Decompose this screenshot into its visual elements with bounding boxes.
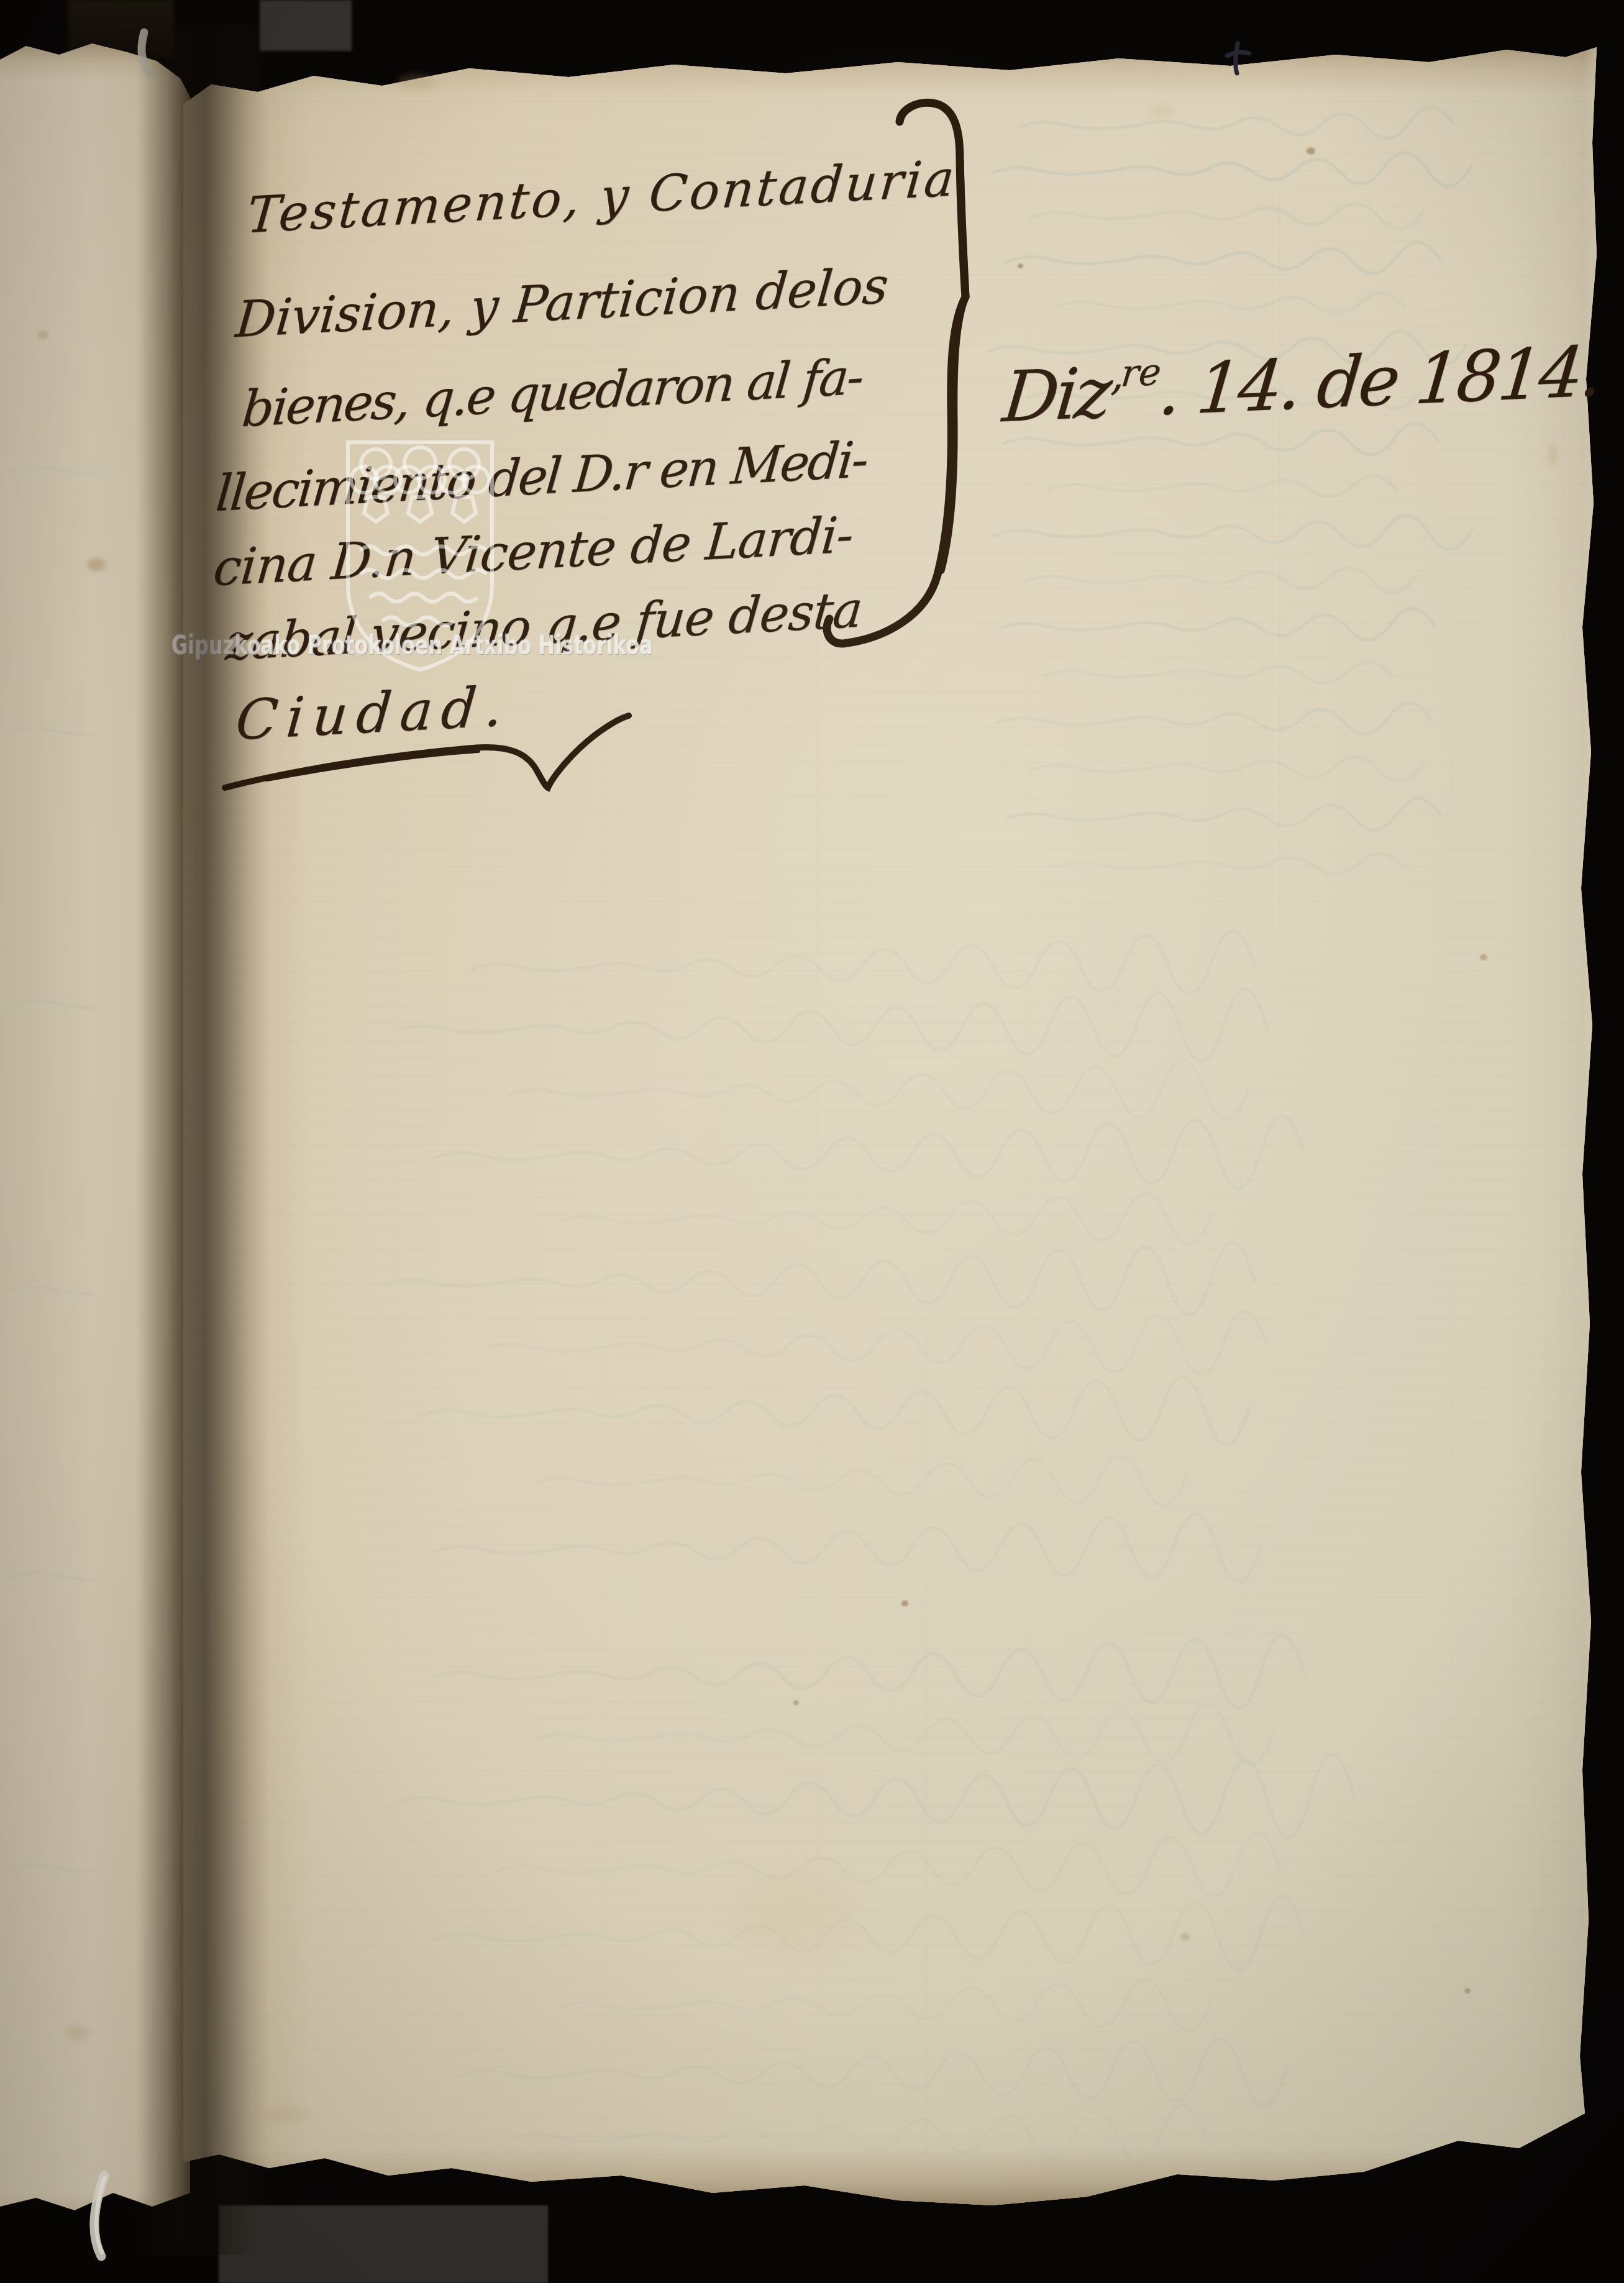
book-gutter-shadow	[135, 25, 269, 2255]
ghost-text-line	[1003, 424, 1438, 455]
ghost-text-line	[1000, 609, 1435, 640]
paper-stain	[37, 330, 48, 339]
ghost-text-line	[1006, 799, 1441, 830]
paper-stain	[261, 2106, 311, 2125]
title-line-3: bienes, q.e quedaron al fa-	[240, 347, 865, 438]
ghost-text-line	[559, 1980, 1211, 2031]
ghost-text-line	[509, 2105, 1205, 2162]
ghost-text-line	[5, 1287, 92, 1293]
ghost-text-line	[993, 153, 1471, 186]
paper-stain	[179, 805, 208, 826]
ghost-text-line	[385, 1242, 1255, 1315]
underline-flourish	[225, 716, 629, 788]
ghost-text-line	[398, 989, 1267, 1062]
title-line-7: Ciudad.	[233, 673, 514, 752]
paper-stain	[1464, 1988, 1471, 1994]
archive-watermark	[0, 0, 1624, 2283]
ghost-text-line	[534, 1705, 1274, 1765]
paper-stain	[1149, 106, 1174, 117]
ghost-text-line	[435, 1116, 1305, 1188]
date-annotation: Diz’re. 14. de 1814.	[1000, 331, 1603, 439]
ghost-text-line	[1031, 757, 1423, 782]
photo-sheen-overlay	[0, 0, 1624, 2283]
shield-tree-icon	[395, 447, 445, 522]
registrar-cross-mark	[1227, 43, 1249, 73]
archive-photo-backdrop: { "page": { "title_lines": [ "Testamento…	[0, 0, 1624, 2283]
date-superscript: re	[1119, 350, 1163, 396]
shield-tree-icon	[439, 449, 489, 522]
ghost-bleedthrough-writing	[0, 0, 1624, 2283]
paper-stain	[65, 2025, 89, 2040]
paper-stain	[901, 1600, 908, 1606]
page-deckle-right-edge	[1583, 31, 1597, 2218]
ghost-text-line	[497, 1833, 1280, 1897]
ghost-text-line	[1019, 107, 1454, 139]
paper-stain	[1480, 954, 1487, 960]
ghost-text-line	[422, 1377, 1249, 1446]
paper-stain	[1307, 147, 1315, 155]
title-line-1: Testamento, y Contaduria	[245, 149, 959, 244]
ghost-text-line	[435, 1635, 1305, 1708]
shield-waves-icon	[360, 547, 486, 626]
paper-stain	[793, 1700, 799, 1705]
ghost-text-line	[1049, 476, 1397, 496]
ghost-text-line	[7, 1864, 94, 1871]
title-line-5: cina D.n Vicente de Lardi-	[211, 506, 855, 597]
ghost-text-line	[1025, 568, 1416, 593]
facing-page-torn-bottom-edge	[0, 2193, 190, 2249]
ghost-text-line	[559, 1193, 1211, 1244]
title-line-6: zabal vecino q.e fue desta	[224, 580, 864, 672]
paper-stain	[1548, 442, 1558, 467]
date-apostrophe: ’	[1105, 376, 1121, 427]
background-grey-patch-top	[260, 0, 352, 51]
paper-stain	[398, 75, 435, 91]
ghost-text-line	[11, 1572, 98, 1579]
page-torn-bottom-edge	[183, 2149, 1597, 2218]
paper-stain	[87, 558, 106, 572]
ghost-text-line	[460, 2038, 1286, 2107]
binding-thread	[94, 32, 150, 2256]
title-line-4: llecimiento del D.r en Medi-	[214, 431, 869, 522]
paper-stain	[1018, 263, 1023, 268]
ghost-text-line	[509, 1060, 1249, 1120]
ghost-text-line	[1031, 204, 1423, 229]
ghost-text-line	[472, 931, 1255, 995]
entry-brace-mark	[827, 103, 967, 644]
paper-stain	[733, 1870, 857, 1957]
background-grey-patch-bottom	[219, 2205, 548, 2283]
binding-spine-top	[68, 0, 174, 59]
date-month-abbrev: Diz	[1000, 352, 1113, 438]
ghost-text-line	[485, 1311, 1267, 1375]
ghost-text-line	[534, 1456, 1187, 1506]
paper-stain	[1180, 1933, 1190, 1941]
ghost-text-line	[1044, 662, 1392, 683]
ghost-text-line	[1056, 293, 1404, 314]
ghost-text-line	[398, 1754, 1354, 1838]
title-line-2: Division, y Particion delos	[234, 257, 891, 349]
page-torn-top-edge	[183, 31, 1597, 93]
ghost-text-line	[997, 703, 1432, 734]
ghost-text-line	[9, 467, 96, 473]
ink-artwork-layer	[0, 0, 1624, 2283]
date-day-year: . 14. de 1814.	[1156, 331, 1603, 432]
ghost-text-line	[994, 516, 1472, 549]
gipuzkoa-coat-of-arms-shield-icon	[348, 442, 492, 670]
ghost-text-line	[1055, 854, 1403, 874]
facing-page-edge	[0, 37, 190, 2249]
ghost-text-line	[988, 332, 1466, 365]
watermark-text: Gipuzkoako Protokoloen Artxibo Historiko…	[171, 630, 653, 660]
ghost-text-line	[435, 1897, 1305, 1970]
shield-tree-icon	[351, 449, 401, 522]
ghost-text-line	[1005, 242, 1440, 273]
ghost-text-line	[6, 727, 93, 734]
ghost-text-line	[1028, 384, 1420, 409]
ghost-text-line	[435, 1514, 1261, 1582]
ghost-text-line	[12, 1001, 99, 1008]
facing-page-torn-top-edge	[0, 37, 190, 81]
manuscript-page	[183, 31, 1597, 2218]
